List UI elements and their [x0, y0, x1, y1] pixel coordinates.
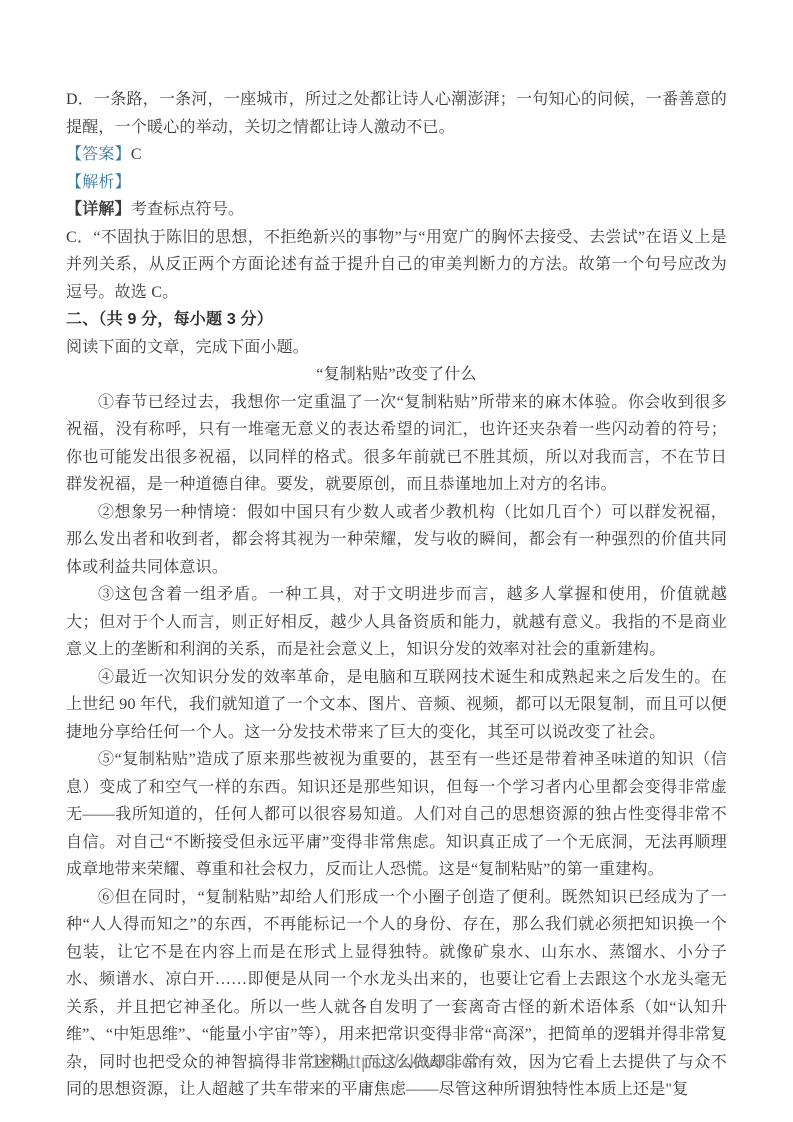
analysis-label: 【解析】 — [66, 174, 131, 191]
answer-value: C — [131, 146, 142, 163]
article-paragraph-1: ①春节已经过去，我想你一定重温了一次“复制粘贴”所带来的麻木体验。你会收到很多祝… — [66, 389, 727, 499]
section-heading: 二、（共 9 分，每小题 3 分） — [66, 306, 727, 334]
page-footer: 12https://xkw88.cn — [0, 1052, 793, 1074]
article-paragraph-2: ②想象另一种情境：假如中国只有少数人或者少教机构（比如几百个）可以群发祝福，那么… — [66, 499, 727, 582]
explanation-c-text: C．“不固执于陈旧的思想，不拒绝新兴的事物”与“用宽广的胸怀去接受、去尝试”在语… — [66, 224, 727, 307]
reading-prompt: 阅读下面的文章，完成下面小题。 — [66, 334, 727, 362]
detail-line: 【详解】考查标点符号。 — [66, 196, 727, 224]
footer-site-url: https://xkw88.cn — [338, 1052, 482, 1073]
detail-label: 【详解】 — [66, 201, 131, 218]
article-title: “复制粘贴”改变了什么 — [66, 361, 727, 389]
answer-line: 【答案】C — [66, 141, 727, 169]
document-page: D．一条路，一条河，一座城市，所过之处都让诗人心潮澎湃；一句知心的问候，一番善意… — [0, 0, 793, 1104]
article-paragraph-4: ④最近一次知识分发的效率革命，是电脑和互联网技术诞生和成熟起来之后发生的。在上世… — [66, 664, 727, 747]
footer-page-number: 12 — [310, 1052, 332, 1073]
answer-label: 【答案】 — [66, 146, 131, 163]
detail-text: 考查标点符号。 — [131, 201, 244, 218]
article-paragraph-3: ③这包含着一组矛盾。一种工具，对于文明进步而言，越多人掌握和使用，价值就越大；但… — [66, 581, 727, 664]
option-d-text: D．一条路，一条河，一座城市，所过之处都让诗人心潮澎湃；一句知心的问候，一番善意… — [66, 86, 727, 141]
analysis-line: 【解析】 — [66, 169, 727, 197]
article-paragraph-5: ⑤“复制粘贴”造成了原来那些被视为重要的，甚至有一些还是带着神圣味道的知识（信息… — [66, 746, 727, 884]
